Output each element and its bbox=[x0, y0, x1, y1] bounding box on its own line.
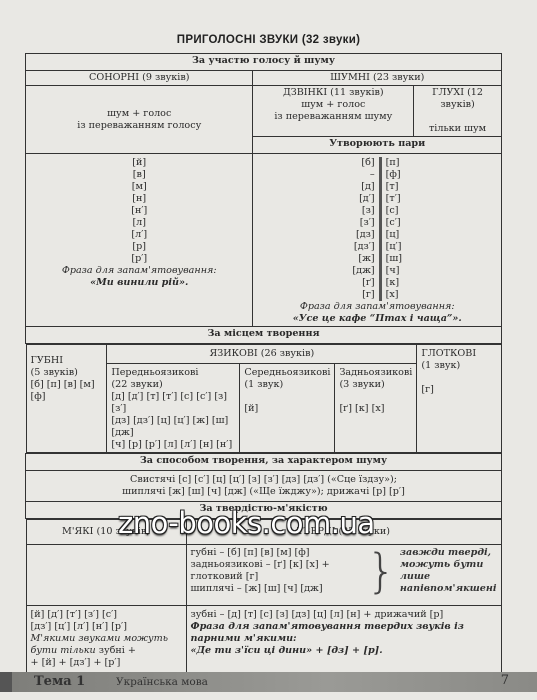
glottal-cell: ГЛОТКОВІ (1 звук) [г] bbox=[417, 345, 501, 453]
middle-count: (1 звук) bbox=[244, 379, 330, 391]
voiced-sound: [г] bbox=[352, 289, 374, 301]
sonorous-sound: [м] bbox=[30, 181, 248, 193]
page-footer: Тема 1 Українська мова 7 bbox=[12, 672, 537, 692]
hard-line1: губні – [б] [п] [в] [м] [ф] bbox=[191, 547, 363, 559]
voiceless-sound: [ц] bbox=[386, 229, 402, 241]
sonorous-label: СОНОРНІ (9 звуків) bbox=[26, 71, 253, 86]
hard-lines: губні – [б] [п] [в] [м] [ф] задньоязиков… bbox=[191, 547, 363, 595]
back-count: (3 звуки) bbox=[339, 379, 412, 391]
back-sounds: [ґ] [к] [х] bbox=[339, 403, 412, 415]
voiceless-desc: тільки шум bbox=[418, 123, 497, 135]
sonorous-sound: [н] bbox=[30, 193, 248, 205]
pairs-header: Утворюють пари bbox=[253, 137, 502, 154]
soft-note2b: зубні + bbox=[99, 645, 136, 656]
voiceless-sound: [к] bbox=[386, 277, 402, 289]
section-header-voice-noise: За участю голосу й шуму bbox=[26, 54, 502, 71]
noisy-label: ШУМНІ (23 звуки) bbox=[253, 71, 502, 86]
brace-note-line2: можуть бути лише bbox=[400, 559, 497, 583]
voiceless-sound: [с] bbox=[386, 205, 402, 217]
voiced-desc1: шум + голос bbox=[257, 99, 409, 111]
hard-dental-cell: зубні – [д] [т] [с] [з] [дз] [ц] [л] [н]… bbox=[186, 606, 501, 677]
voiceless-cell: ГЛУХІ (12 звуків) тільки шум bbox=[414, 86, 502, 137]
lingual-label: ЯЗИКОВІ (26 звуків) bbox=[107, 345, 417, 364]
front-count: (22 звуки) bbox=[111, 379, 235, 391]
soft-note3: + [й] + [дз′] + [р′] bbox=[31, 657, 182, 669]
voiced-sound: [дз] bbox=[352, 229, 374, 241]
voiceless-sound: [ф] bbox=[386, 169, 402, 181]
manner-line1: Свистячі [с] [с′] [ц] [ц′] [з] [з′] [дз]… bbox=[30, 474, 497, 486]
voiceless-sound: [т] bbox=[386, 181, 402, 193]
glottal-count: (1 звук) bbox=[421, 360, 496, 372]
sonorous-sounds-list: [й][в][м][н][н′][л][л′][р][р′] bbox=[30, 157, 248, 265]
page-title: ПРИГОЛОСНІ ЗВУКИ (32 звуки) bbox=[0, 34, 537, 46]
soft-note1: М'якими звуками можуть bbox=[31, 633, 182, 645]
voiced-desc2: із переважанням шуму bbox=[257, 111, 409, 123]
footer-left-bar bbox=[0, 672, 12, 692]
labial-label: ГУБНІ bbox=[31, 355, 103, 367]
voiced-sound: [б] bbox=[352, 157, 374, 169]
voiced-sound: [д′] bbox=[352, 193, 374, 205]
voiceless-sound: [п] bbox=[386, 157, 402, 169]
pairs-voiced-column: [б]–[д][д′][з][з′][дз][дз′][ж][дж][ґ][г] bbox=[352, 157, 380, 301]
page-number: 7 bbox=[501, 673, 509, 688]
sonorous-sounds-cell: [й][в][м][н][н′][л][л′][р][р′] Фраза для… bbox=[26, 154, 253, 327]
voiceless-sound: [х] bbox=[386, 289, 402, 301]
sonorous-desc-line1: шум + голос bbox=[30, 108, 248, 120]
front-label: Передньоязикові bbox=[111, 367, 235, 379]
sonorous-sound: [л′] bbox=[30, 229, 248, 241]
voiced-label: ДЗВІНКІ (11 звуків) bbox=[257, 87, 409, 99]
voiceless-sound: [ш] bbox=[386, 253, 402, 265]
footer-subject: Українська мова bbox=[116, 676, 208, 688]
sonorous-sound: [л] bbox=[30, 217, 248, 229]
section-header-manner: За способом творення, за характером шуму bbox=[26, 454, 502, 471]
front-lingual-cell: Передньоязикові (22 звуки) [д] [д′] [т] … bbox=[107, 364, 240, 453]
back-lingual-cell: Задньоязикові (3 звуки) [ґ] [к] [х] bbox=[335, 364, 417, 453]
brace-note-line1: завжди тверді, bbox=[400, 547, 497, 559]
labial-cell: ГУБНІ (5 звуків) [б] [п] [в] [м] [ф] bbox=[26, 345, 107, 453]
middle-lingual-cell: Середньоязикові (1 звук) [й] bbox=[240, 364, 335, 453]
glottal-sounds: [г] bbox=[421, 384, 496, 396]
soft-line1: [й] [д′] [т′] [з′] [с′] bbox=[31, 609, 182, 621]
labial-count: (5 звуків) bbox=[31, 367, 103, 379]
back-label: Задньоязикові bbox=[339, 367, 412, 379]
voiceless-sound: [ч] bbox=[386, 265, 402, 277]
voiced-sound: [ж] bbox=[352, 253, 374, 265]
sonorous-desc-line2: із переважанням голосу bbox=[30, 120, 248, 132]
hard-groups-cell: губні – [б] [п] [в] [м] [ф] задньоязиков… bbox=[186, 545, 501, 606]
middle-sounds: [й] bbox=[244, 403, 330, 415]
sonorous-sound: [в] bbox=[30, 169, 248, 181]
pairs-voiceless-column: [п][ф][т][т′][с][с′][ц][ц′][ш][ч][к][х] bbox=[381, 157, 402, 301]
hard-line2: задньоязикові – [ґ] [к] [х] + глотковий … bbox=[191, 559, 363, 583]
voiced-cell: ДЗВІНКІ (11 звуків) шум + голос із перев… bbox=[253, 86, 414, 137]
soft-line2: [дз′] [ц′] [л′] [н′] [р′] bbox=[31, 621, 182, 633]
place-subtable: ГУБНІ (5 звуків) [б] [п] [в] [м] [ф] ЯЗИ… bbox=[26, 344, 502, 453]
brace-icon: } bbox=[367, 548, 396, 594]
voiced-sound: [дж] bbox=[352, 265, 374, 277]
hard-line3: шиплячі – [ж] [ш] [ч] [дж] bbox=[191, 583, 363, 595]
hard-phrase: «Де ти з'їси ці дини» + [дз] + [р]. bbox=[191, 645, 497, 657]
front-line3: [ч] [р] [р′] [л] [л′] [н] [н′] bbox=[111, 439, 235, 451]
voiced-sound: [з] bbox=[352, 205, 374, 217]
middle-label: Середньоязикові bbox=[244, 367, 330, 379]
footer-topic: Тема 1 bbox=[34, 674, 85, 689]
brace-note-line3: напівпом'якшені bbox=[400, 583, 497, 595]
hard-line4: зубні – [д] [т] [с] [з] [дз] [ц] [л] [н]… bbox=[191, 609, 497, 621]
glottal-label: ГЛОТКОВІ bbox=[421, 348, 496, 360]
hard-brace-note: завжди тверді, можуть бути лише напівпом… bbox=[400, 547, 497, 595]
noisy-phrase-label: Фраза для запам'ятовування: bbox=[257, 301, 497, 313]
pairs-list: [б]–[д][д′][з][з′][дз][дз′][ж][дж][ґ][г]… bbox=[257, 157, 497, 301]
watermark: zno-books.com.ua bbox=[118, 506, 375, 540]
section-header-place: За місцем творення bbox=[26, 327, 502, 344]
voiceless-label: ГЛУХІ (12 звуків) bbox=[418, 87, 497, 111]
voiced-sound: [д] bbox=[352, 181, 374, 193]
voiced-sound: [дз′] bbox=[352, 241, 374, 253]
sonorous-phrase-label: Фраза для запам'ятовування: bbox=[30, 265, 248, 277]
sonorous-sound: [р] bbox=[30, 241, 248, 253]
sonorous-sound: [н′] bbox=[30, 205, 248, 217]
sonorous-desc: шум + голос із переважанням голосу bbox=[26, 86, 253, 154]
front-line2: [дз] [дз′] [ц] [ц′] [ж] [ш] [дж] bbox=[111, 415, 235, 439]
voiceless-sound: [т′] bbox=[386, 193, 402, 205]
hard-phrase-label: Фраза для запам'ятовування твердих звукі… bbox=[191, 621, 497, 645]
voiceless-sound: [с′] bbox=[386, 217, 402, 229]
sonorous-sound: [р′] bbox=[30, 253, 248, 265]
sonorous-sound: [й] bbox=[30, 157, 248, 169]
labial-sounds: [б] [п] [в] [м] [ф] bbox=[31, 379, 103, 403]
hard-brace-group: губні – [б] [п] [в] [м] [ф] задньоязиков… bbox=[191, 547, 497, 595]
sonorous-phrase: «Ми винили рій». bbox=[30, 277, 248, 289]
front-line1: [д] [д′] [т] [т′] [с] [с′] [з] [з′] bbox=[111, 391, 235, 415]
consonants-table: За участю голосу й шуму СОНОРНІ (9 звукі… bbox=[25, 53, 502, 677]
pairs-cell: [б]–[д][д′][з][з′][дз][дз′][ж][дж][ґ][г]… bbox=[253, 154, 502, 327]
hardness-subtable: М'ЯКІ (10 звуків) ТВЕРДІ (22 звуки) губн… bbox=[26, 519, 502, 677]
soft-note2a: бути тільки bbox=[31, 645, 96, 656]
voiced-sound: [ґ] bbox=[352, 277, 374, 289]
voiced-sound: – bbox=[352, 169, 374, 181]
soft-sounds-cell: [й] [д′] [т′] [з′] [с′] [дз′] [ц′] [л′] … bbox=[26, 606, 186, 677]
soft-empty-cell bbox=[26, 545, 186, 606]
voiced-sound: [з′] bbox=[352, 217, 374, 229]
manner-line2: шиплячі [ж] [ш] [ч] [дж] («Ще їжджу»); д… bbox=[30, 486, 497, 498]
manner-cell: Свистячі [с] [с′] [ц] [ц′] [з] [з′] [дз]… bbox=[26, 471, 502, 502]
noisy-phrase: «Усе це кафе “Птах і чаща”». bbox=[257, 313, 497, 325]
voiceless-sound: [ц′] bbox=[386, 241, 402, 253]
